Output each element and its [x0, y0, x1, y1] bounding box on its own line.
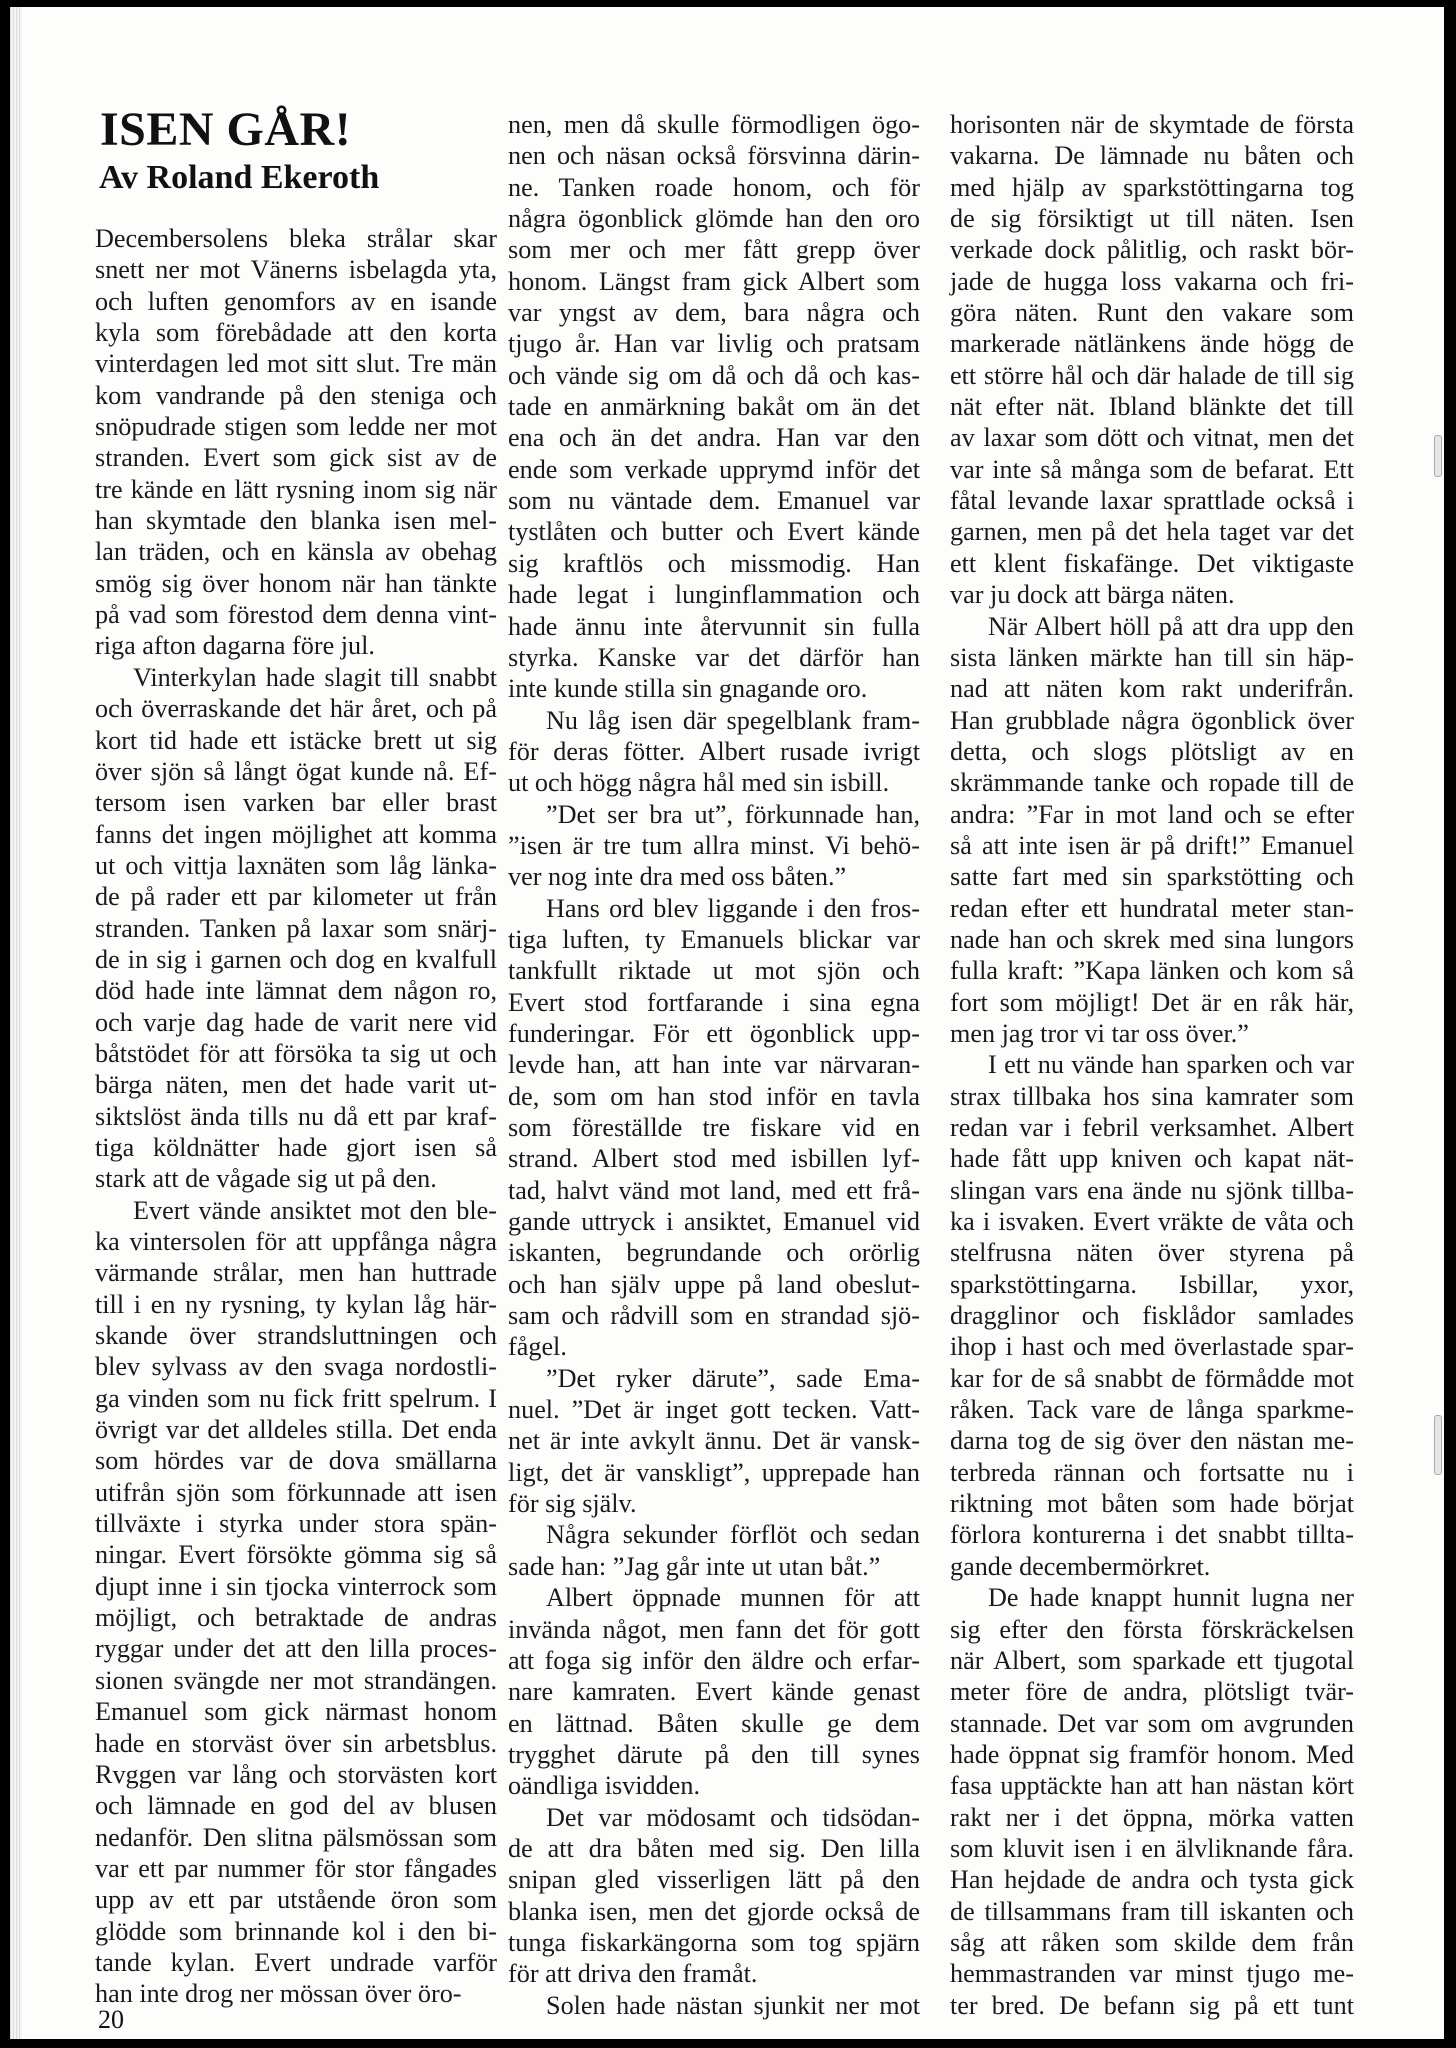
text-line: var ett par nummer för stor fångades [95, 1853, 497, 1884]
text-line: gande decembermörkret. [950, 1551, 1354, 1582]
text-line: honom. Längst fram gick Albert som [508, 266, 920, 297]
paragraph: Decembersolens bleka strålar skarsnett n… [95, 223, 497, 662]
text-line: tersom isen varken bar eller brast [95, 787, 497, 818]
text-line: som mer och mer fått grepp över [508, 234, 920, 265]
text-line: Evert stod fortfarande i sina egna [508, 987, 920, 1018]
text-line: tankfullt riktade ut mot sjön och [508, 955, 920, 986]
text-line: nen, men då skulle förmodligen ögo- [508, 109, 920, 140]
text-line: nät efter nät. Ibland blänkte det till [950, 391, 1354, 422]
text-line: snett ner mot Vänerns isbelagda yta, [95, 254, 497, 285]
text-line: ver nog inte dra med oss båten.” [508, 861, 920, 892]
text-line: han inte drog ner mössan över öro- [95, 1978, 497, 2009]
text-line: riga afton dagarna före jul. [95, 630, 497, 661]
text-line: hade legat i lunginflammation och [508, 579, 920, 610]
text-line: nade han och skrek med sina lungors [950, 924, 1354, 955]
text-line: inte kunde stilla sin gnagande oro. [508, 673, 920, 704]
text-line: sionen svängde ner mot strandängen. [95, 1665, 497, 1696]
text-line: ut och vittja laxnäten som låg länka- [95, 850, 497, 881]
text-line: ningar. Evert försökte gömma sig så [95, 1539, 497, 1570]
text-line: och han själv uppe på land obeslut- [508, 1269, 920, 1300]
text-line: Han hejdade de andra och tysta gick [950, 1864, 1354, 1895]
text-line: Emanuel som gick närmast honom [95, 1696, 497, 1727]
text-line: hade en storväst över sin arbetsblus. [95, 1728, 497, 1759]
text-line: garnen, men på det hela taget var det [950, 516, 1354, 547]
text-line: sparkstöttingarna. Isbillar, yxor, [950, 1269, 1354, 1300]
text-line: över sjön så långt ögat kunde nå. Ef- [95, 756, 497, 787]
text-line: som kluvit isen i en älvliknande fåra. [950, 1833, 1354, 1864]
text-line: död hade inte lämnat dem någon ro, [95, 975, 497, 1006]
paragraph: ”Det ryker därute”, sade Ema-nuel. ”Det … [508, 1363, 920, 1520]
text-line: nad att näten kom rakt underifrån. [950, 673, 1354, 704]
text-line: nuel. ”Det är inget gott tecken. Vatt- [508, 1394, 920, 1425]
text-line: de att dra båten med sig. Den lilla [508, 1833, 920, 1864]
text-line: kom vandrande på den steniga och [95, 380, 497, 411]
text-line: Vinterkylan hade slagit till snabbt [95, 662, 497, 693]
text-line: darna tog de sig över den nästan me- [950, 1425, 1354, 1456]
text-line: Nu låg isen där spegelblank fram- [508, 705, 920, 736]
text-line: ”Det ryker därute”, sade Ema- [508, 1363, 920, 1394]
text-line: styrka. Kanske var det därför han [508, 642, 920, 673]
text-line: snipan gled visserligen lätt på den [508, 1864, 920, 1895]
paragraph: Vinterkylan hade slagit till snabbtoch ö… [95, 662, 497, 1195]
text-line: övrigt var det alldeles stilla. Det enda [95, 1414, 497, 1445]
paragraph: Nu låg isen där spegelblank fram-för der… [508, 705, 920, 799]
text-line: upp av ett par utstående öron som [95, 1884, 497, 1915]
text-line: såg att råken som skilde dem från [950, 1927, 1354, 1958]
text-line: tad, halvt vänd mot land, med ett frå- [508, 1175, 920, 1206]
text-line: ut och högg några hål med sin isbill. [508, 767, 920, 798]
paragraph: De hade knappt hunnit lugna nersig efter… [950, 1582, 1354, 2021]
text-line: sig efter den första förskräckelsen [950, 1614, 1354, 1645]
text-line: med hjälp av sparkstöttingarna tog [950, 172, 1354, 203]
text-line: Några sekunder förflöt och sedan [508, 1519, 920, 1550]
text-line: fasa upptäckte han att han nästan kört [950, 1770, 1354, 1801]
text-line: ”Det ser bra ut”, förkunnade han, [508, 799, 920, 830]
text-line: de tillsammans fram till iskanten och [950, 1896, 1354, 1927]
text-line: de på rader ett par kilometer ut från [95, 881, 497, 912]
text-line: de sig försiktigt ut till näten. Isen [950, 203, 1354, 234]
text-line: blanka isen, men det gjorde också de [508, 1896, 920, 1927]
text-line: redan var i febril verksamhet. Albert [950, 1112, 1354, 1143]
text-line: ka vintersolen för att uppfånga några [95, 1226, 497, 1257]
text-line: av laxar som dött och vitnat, men det [950, 422, 1354, 453]
text-line: oändliga isvidden. [508, 1770, 920, 1801]
article-title: ISEN GÅR! [100, 102, 351, 157]
text-line: att foga sig inför den äldre och erfar- [508, 1645, 920, 1676]
text-line: snöpudrade stigen som ledde ner mot [95, 411, 497, 442]
text-line: var inte så många som de befarat. Ett [950, 454, 1354, 485]
text-line: Hans ord blev liggande i den fros- [508, 893, 920, 924]
text-line: stranden. Evert som gick sist av de [95, 442, 497, 473]
staple-mark-top [1434, 435, 1442, 477]
text-line: tre kände en lätt rysning inom sig när [95, 474, 497, 505]
text-line: smög sig över honom när han tänkte [95, 568, 497, 599]
text-line: iskanten, begrundande och orörlig [508, 1237, 920, 1268]
text-line: jade de hugga loss vakarna och fri- [950, 266, 1354, 297]
text-line: för sig själv. [508, 1488, 920, 1519]
text-line: när Albert, som sparkade ett tjugotal [950, 1645, 1354, 1676]
text-line: Albert öppnade munnen för att [508, 1582, 920, 1613]
text-line: de in sig i garnen och dog en kvalfull [95, 944, 497, 975]
text-line: ne. Tanken roade honom, och för [508, 172, 920, 203]
text-line: ena och än det andra. Han var den [508, 422, 920, 453]
text-line: och varje dag hade de varit nere vid [95, 1007, 497, 1038]
text-line: några ögonblick glömde han den oro [508, 203, 920, 234]
text-line: kar for de så snabbt de förmådde mot [950, 1363, 1354, 1394]
text-line: nare kamraten. Evert kände genast [508, 1676, 920, 1707]
paragraph: Några sekunder förflöt och sedansade han… [508, 1519, 920, 1582]
text-line: en lättnad. Båten skulle ge dem [508, 1708, 920, 1739]
text-line: fort som möjligt! Det är en råk här, [950, 987, 1354, 1018]
text-line: ende som verkade upprymd inför det [508, 454, 920, 485]
text-line: tjugo år. Han var livlig och pratsam [508, 328, 920, 359]
text-line: skande över strandsluttningen och [95, 1320, 497, 1351]
text-line: riktning mot båten som hade börjat [950, 1488, 1354, 1519]
text-line: fåtal levande laxar sprattlade också i [950, 485, 1354, 516]
magazine-page: ISEN GÅR! Av Roland Ekeroth Decembersole… [10, 7, 1444, 2039]
staple-mark-bottom [1434, 1415, 1442, 1475]
text-line: och luften genomfors av en isande [95, 286, 497, 317]
text-line: glödde som brinnande kol i den bi- [95, 1916, 497, 1947]
text-line: I ett nu vände han sparken och var [950, 1049, 1354, 1080]
text-line: siktslöst ända tills nu då ett par kraf- [95, 1101, 497, 1132]
text-line: vakarna. De lämnade nu båten och [950, 140, 1354, 171]
text-line: skrämmande tanke och ropade till de [950, 767, 1354, 798]
text-line: hemmastranden var minst tjugo me- [950, 1958, 1354, 1989]
paragraph: Albert öppnade munnen för attinvända någ… [508, 1582, 920, 1801]
text-line: tystlåten och butter och Evert kände [508, 516, 920, 547]
text-line: net är inte avkylt ännu. Det är vansk- [508, 1425, 920, 1456]
text-line: gande uttryck i ansiktet, Emanuel vid [508, 1206, 920, 1237]
text-line: ligt, det är vanskligt”, upprepade han [508, 1457, 920, 1488]
text-line: stannade. Det var som om avgrunden [950, 1708, 1354, 1739]
text-column-3: horisonten när de skymtade de förstavaka… [950, 109, 1354, 2021]
text-line: strand. Albert stod med isbillen lyf- [508, 1143, 920, 1174]
text-line: de, som om han stod inför en tavla [508, 1081, 920, 1112]
text-line: som föreställde tre fiskare vid en [508, 1112, 920, 1143]
text-line: fulla kraft: ”Kapa länken och kom så [950, 955, 1354, 986]
text-line: slingan vars ena ände nu sjönk tillba- [950, 1175, 1354, 1206]
text-line: ”isen är tre tum allra minst. Vi behö- [508, 830, 920, 861]
text-line: för deras fötter. Albert rusade ivrigt [508, 736, 920, 767]
text-line: nedanför. Den slitna pälsmössan som [95, 1822, 497, 1853]
text-line: ihop i hast och med överlastade spar- [950, 1331, 1354, 1362]
paragraph: Det var mödosamt och tidsödan-de att dra… [508, 1802, 920, 1990]
paragraph: Solen hade nästan sjunkit ner mot [508, 1990, 920, 2021]
paragraph: horisonten när de skymtade de förstavaka… [950, 109, 1354, 611]
text-line: vinterdagen led mot sitt slut. Tre män [95, 348, 497, 379]
text-line: som hördes var de dova smällarna [95, 1445, 497, 1476]
text-line: stranden. Tanken på laxar som snärj- [95, 913, 497, 944]
text-line: Det var mödosamt och tidsödan- [508, 1802, 920, 1833]
text-line: och vände sig om då och då och kas- [508, 360, 920, 391]
paragraph: När Albert höll på att dra upp densista … [950, 611, 1354, 1050]
text-line: blev sylvass av den svaga nordostli- [95, 1351, 497, 1382]
text-line: var ju dock att bärga näten. [950, 579, 1354, 610]
paragraph: Hans ord blev liggande i den fros-tiga l… [508, 893, 920, 1363]
text-line: tillväxte i styrka under stora spän- [95, 1508, 497, 1539]
text-line: men jag tror vi tar oss över.” [950, 1018, 1354, 1049]
text-line: ett klent fiskafänge. Det viktigaste [950, 548, 1354, 579]
page-stack-edge [10, 7, 22, 2039]
text-line: fågel. [508, 1331, 920, 1362]
text-line: kyla som förebådade att den korta [95, 317, 497, 348]
text-line: förlora konturerna i det snabbt tillta- [950, 1519, 1354, 1550]
text-line: dragglinor och fisklådor samlades [950, 1300, 1354, 1331]
paragraph: I ett nu vände han sparken och varstrax … [950, 1049, 1354, 1582]
text-line: och överraskande det här året, och på [95, 693, 497, 724]
text-line: sig kraftlös och missmodig. Han [508, 548, 920, 579]
text-line: sista länken märkte han till sin häp- [950, 642, 1354, 673]
text-line: till i en ny rysning, ty kylan låg här- [95, 1289, 497, 1320]
text-line: levde han, att han inte var närvaran- [508, 1049, 920, 1080]
text-line: horisonten när de skymtade de första [950, 109, 1354, 140]
text-line: tiga luften, ty Emanuels blickar var [508, 924, 920, 955]
page-number: 20 [98, 2005, 124, 2035]
text-line: Han grubblade några ögonblick över [950, 705, 1354, 736]
text-line: verkade dock pålitlig, och raskt bör- [950, 234, 1354, 265]
text-line: meter före de andra, plötsligt tvär- [950, 1676, 1354, 1707]
text-line: hade ännu inte återvunnit sin fulla [508, 611, 920, 642]
text-line: ter bred. De befann sig på ett tunt [950, 1990, 1354, 2021]
text-line: båtstödet för att försöka ta sig ut och [95, 1038, 497, 1069]
text-line: hade fått upp kniven och kapat nät- [950, 1143, 1354, 1174]
text-line: möjligt, och betraktade de andras [95, 1602, 497, 1633]
text-line: Evert vände ansiktet mot den ble- [95, 1195, 497, 1226]
text-line: terbreda rännan och fortsatte nu i [950, 1457, 1354, 1488]
text-line: tande kylan. Evert undrade varför [95, 1947, 497, 1978]
text-line: och lämnade en god del av blusen [95, 1790, 497, 1821]
text-line: sade han: ”Jag går inte ut utan båt.” [508, 1551, 920, 1582]
paragraph: ”Det ser bra ut”, förkunnade han,”isen ä… [508, 799, 920, 893]
text-line: ryggar under det att den lilla proces- [95, 1633, 497, 1664]
text-line: på vad som förestod dem denna vint- [95, 599, 497, 630]
text-line: Solen hade nästan sjunkit ner mot [508, 1990, 920, 2021]
text-line: satte fart med sin sparkstötting och [950, 861, 1354, 892]
text-line: sam och rådvill som en strandad sjö- [508, 1300, 920, 1331]
text-column-1: Decembersolens bleka strålar skarsnett n… [95, 223, 497, 2010]
article-byline: Av Roland Ekeroth [99, 159, 379, 197]
text-line: var yngst av dem, bara några och [508, 297, 920, 328]
text-line: Decembersolens bleka strålar skar [95, 223, 497, 254]
text-line: tade en anmärkning bakåt om än det [508, 391, 920, 422]
text-line: nen och näsan också försvinna därin- [508, 140, 920, 171]
text-line: markerade nätlänkens ände högg de [950, 328, 1354, 359]
text-line: trygghet därute på den till synes [508, 1739, 920, 1770]
text-line: bärga näten, men det hade varit ut- [95, 1069, 497, 1100]
text-line: hade öppnat sig framför honom. Med [950, 1739, 1354, 1770]
text-line: redan efter ett hundratal meter stan- [950, 893, 1354, 924]
text-line: rakt ner i det öppna, mörka vatten [950, 1802, 1354, 1833]
text-line: ett större hål och där halade de till si… [950, 360, 1354, 391]
text-line: råken. Tack vare de långa sparkme- [950, 1394, 1354, 1425]
text-line: tunga fiskarkängorna som tog spjärn [508, 1927, 920, 1958]
paragraph: nen, men då skulle förmodligen ögo-nen o… [508, 109, 920, 705]
text-line: Rvggen var lång och storvästen kort [95, 1759, 497, 1790]
text-line: ga vinden som nu fick fritt spelrum. I [95, 1383, 497, 1414]
text-line: invända något, men fann det för gott [508, 1614, 920, 1645]
text-line: När Albert höll på att dra upp den [950, 611, 1354, 642]
text-line: stelfrusna näten över styrena på [950, 1237, 1354, 1268]
text-line: så att inte isen är på drift!” Emanuel [950, 830, 1354, 861]
paragraph: Evert vände ansiktet mot den ble-ka vint… [95, 1195, 497, 2010]
text-line: De hade knappt hunnit lugna ner [950, 1582, 1354, 1613]
text-line: lan träden, och en känsla av obehag [95, 536, 497, 567]
text-line: göra näten. Runt den vakare som [950, 297, 1354, 328]
text-line: värmande strålar, men han huttrade [95, 1257, 497, 1288]
text-column-2: nen, men då skulle förmodligen ögo-nen o… [508, 109, 920, 2021]
text-line: funderingar. För ett ögonblick upp- [508, 1018, 920, 1049]
text-line: ka i isvaken. Evert vräkte de våta och [950, 1206, 1354, 1237]
text-line: strax tillbaka hos sina kamrater som [950, 1081, 1354, 1112]
text-line: detta, och slogs plötsligt av en [950, 736, 1354, 767]
text-line: fanns det ingen möjlighet att komma [95, 819, 497, 850]
text-line: stark att de vågade sig ut på den. [95, 1163, 497, 1194]
text-line: för att driva den framåt. [508, 1958, 920, 1989]
text-line: andra: ”Far in mot land och se efter [950, 799, 1354, 830]
text-line: kort tid hade ett istäcke brett ut sig [95, 725, 497, 756]
text-line: utifrån sjön som förkunnade att isen [95, 1477, 497, 1508]
text-line: som nu väntade dem. Emanuel var [508, 485, 920, 516]
text-line: djupt inne i sin tjocka vinterrock som [95, 1571, 497, 1602]
text-line: han skymtade den blanka isen mel- [95, 505, 497, 536]
text-line: tiga köldnätter hade gjort isen så [95, 1132, 497, 1163]
